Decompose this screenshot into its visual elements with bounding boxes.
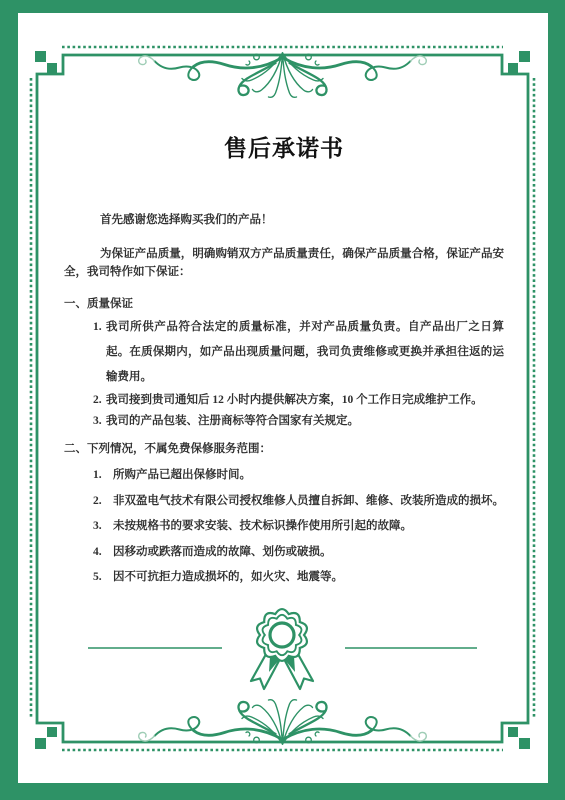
page-title: 售后承诺书 bbox=[64, 135, 504, 161]
item-number: 3. bbox=[93, 411, 106, 432]
item-text: 我司所供产品符合法定的质量标准，并对产品质量负责。自产品出厂之日算起。在质保期内… bbox=[106, 315, 504, 390]
list-item: 1. 我司所供产品符合法定的质量标准，并对产品质量负责。自产品出厂之日算起。在质… bbox=[64, 315, 504, 390]
item-number: 3. bbox=[93, 514, 113, 540]
list-item: 5. 因不可抗拒力造成损坏的，如火灾、地震等。 bbox=[64, 565, 504, 591]
item-text: 我司接到贵司通知后 12 小时内提供解决方案，10 个工作日完成维护工作。 bbox=[106, 390, 504, 411]
list-item: 2. 我司接到贵司通知后 12 小时内提供解决方案，10 个工作日完成维护工作。 bbox=[64, 390, 504, 411]
section2-heading: 二、下列情况，不属免费保修服务范围： bbox=[64, 442, 504, 456]
item-number: 4. bbox=[93, 540, 113, 566]
bottom-flourish-icon bbox=[139, 700, 427, 744]
certificate-page: 售后承诺书 首先感谢您选择购买我们的产品！ 为保证产品质量，明确购销双方产品质量… bbox=[0, 0, 565, 800]
list-item: 2. 非双盈电气技术有限公司授权维修人员擅自拆卸、维修、改装所造成的损坏。 bbox=[64, 489, 504, 515]
list-item: 3. 我司的产品包装、注册商标等符合国家有关规定。 bbox=[64, 411, 504, 432]
award-rosette-icon bbox=[251, 609, 313, 689]
item-text: 因不可抗拒力造成损坏的，如火灾、地震等。 bbox=[113, 565, 504, 591]
intro-paragraph: 为保证产品质量，明确购销双方产品质量责任，确保产品质量合格，保证产品安全，我司特… bbox=[64, 245, 504, 281]
list-item: 1. 所购产品已超出保修时间。 bbox=[64, 463, 504, 489]
section2-list: 1. 所购产品已超出保修时间。 2. 非双盈电气技术有限公司授权维修人员擅自拆卸… bbox=[64, 463, 504, 591]
item-text: 非双盈电气技术有限公司授权维修人员擅自拆卸、维修、改装所造成的损坏。 bbox=[113, 489, 504, 515]
item-text: 未按规格书的要求安装、技术标识操作使用所引起的故障。 bbox=[113, 514, 504, 540]
list-item: 3. 未按规格书的要求安装、技术标识操作使用所引起的故障。 bbox=[64, 514, 504, 540]
item-number: 1. bbox=[93, 315, 106, 340]
section1-heading: 一、质量保证 bbox=[64, 297, 504, 311]
item-text: 我司的产品包装、注册商标等符合国家有关规定。 bbox=[106, 411, 504, 432]
item-number: 2. bbox=[93, 390, 106, 411]
section1-list: 1. 我司所供产品符合法定的质量标准，并对产品质量负责。自产品出厂之日算起。在质… bbox=[64, 315, 504, 432]
item-number: 1. bbox=[93, 463, 113, 489]
item-number: 5. bbox=[93, 565, 113, 591]
greeting-paragraph: 首先感谢您选择购买我们的产品！ bbox=[64, 211, 504, 229]
item-text: 因移动或跌落而造成的故障、划伤或破损。 bbox=[113, 540, 504, 566]
list-item: 4. 因移动或跌落而造成的故障、划伤或破损。 bbox=[64, 540, 504, 566]
item-text: 所购产品已超出保修时间。 bbox=[113, 463, 504, 489]
document-body: 售后承诺书 首先感谢您选择购买我们的产品！ 为保证产品质量，明确购销双方产品质量… bbox=[64, 0, 504, 591]
item-number: 2. bbox=[93, 489, 113, 515]
